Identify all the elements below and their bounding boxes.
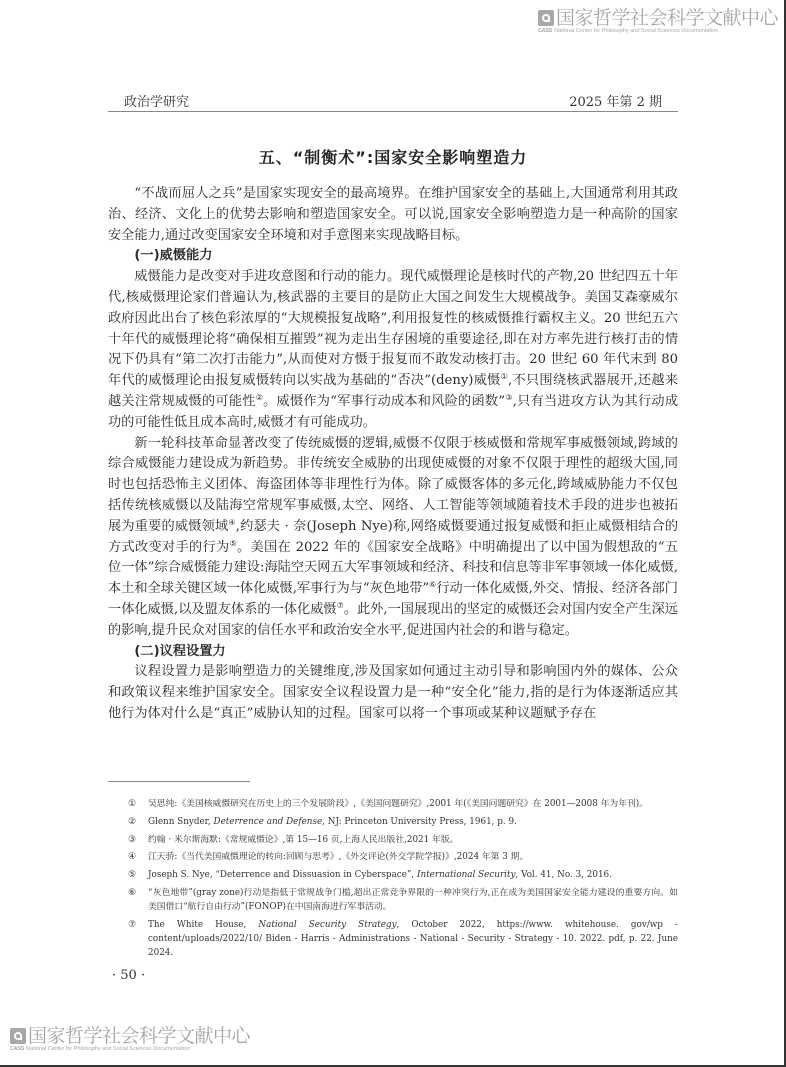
section-title: 五、“制衡术”:国家安全影响塑造力: [108, 145, 678, 168]
footnote-divider: [108, 781, 250, 782]
watermark-top: 国家哲学社会科学文献中心 CASSNational Center for Phi…: [538, 8, 778, 35]
watermark-title: 国家哲学社会科学文献中心: [28, 1026, 250, 1046]
footnote-7: ⑦ The White House, National Security Str…: [128, 918, 678, 961]
issue-label: 2025 年第 2 期: [553, 91, 678, 110]
watermark-subtitle: CASSNational Center for Philosophy and S…: [10, 1046, 250, 1053]
footnote-ref-4[interactable]: ④: [228, 518, 235, 527]
cass-logo-icon: [10, 1028, 26, 1044]
watermark-subtitle: CASSNational Center for Philosophy and S…: [538, 28, 778, 35]
watermark-bottom: 国家哲学社会科学文献中心 CASSNational Center for Phi…: [10, 1026, 250, 1053]
footnote-6: ⑥ “灰色地带”(gray zone)行动是指低于常规战争门槛,超出正常竞争界限…: [128, 886, 678, 914]
footnote-ref-1[interactable]: ①: [501, 372, 508, 381]
paragraph-deterrence-1: 威慑能力是改变对手进攻意图和行动的能力。现代威慑理论是核时代的产物,20 世纪四…: [108, 267, 678, 433]
running-head: 政治学研究 2025 年第 2 期: [108, 91, 678, 112]
paragraph-deterrence-2: 新一轮科技革命显著改变了传统威慑的逻辑,威慑不仅限于核威慑和常规军事威慑领域,跨…: [108, 434, 678, 642]
footnote-4: ④ 江天骄:《当代美国威慑理论的转向:回顾与思考》,《外交评论(外交学院学报)》…: [128, 850, 678, 864]
footnote-1: ① 吴思纯:《美国核威慑研究在历史上的三个发展阶段》,《美国问题研究》,2001…: [128, 797, 678, 811]
footnote-3: ③ 约翰 · 米尔斯海默:《常规威慑论》,第 15—16 页,上海人民出版社,2…: [128, 833, 678, 847]
footnotes: ① 吴思纯:《美国核威慑研究在历史上的三个发展阶段》,《美国问题研究》,2001…: [128, 797, 678, 964]
footnote-ref-5[interactable]: ⑤: [230, 539, 238, 548]
watermark-title: 国家哲学社会科学文献中心: [556, 8, 778, 28]
page-number: · 50 ·: [112, 968, 145, 983]
paragraph-agenda-setting: 议程设置力是影响塑造力的关键维度,涉及国家如何通过主动引导和影响国内外的媒体、公…: [108, 662, 678, 724]
article-body: “不战而屈人之兵”是国家实现安全的最高境界。在维护国家安全的基础上,大国通常利用…: [108, 184, 678, 725]
footnote-ref-3[interactable]: ③: [505, 393, 513, 402]
subsection-heading-agenda-setting: (二)议程设置力: [108, 642, 678, 663]
footnote-ref-2[interactable]: ②: [256, 393, 263, 402]
journal-name: 政治学研究: [108, 91, 205, 110]
intro-paragraph: “不战而屈人之兵”是国家实现安全的最高境界。在维护国家安全的基础上,大国通常利用…: [108, 184, 678, 246]
footnote-2: ② Glenn Snyder, Deterrence and Defense, …: [128, 815, 678, 829]
footnote-ref-7[interactable]: ⑦: [337, 601, 344, 610]
cass-logo-icon: [538, 10, 554, 26]
subsection-heading-deterrence: (一)威慑能力: [108, 246, 678, 267]
footnote-5: ⑤ Joseph S. Nye, “Deterrence and Dissuas…: [128, 868, 678, 882]
